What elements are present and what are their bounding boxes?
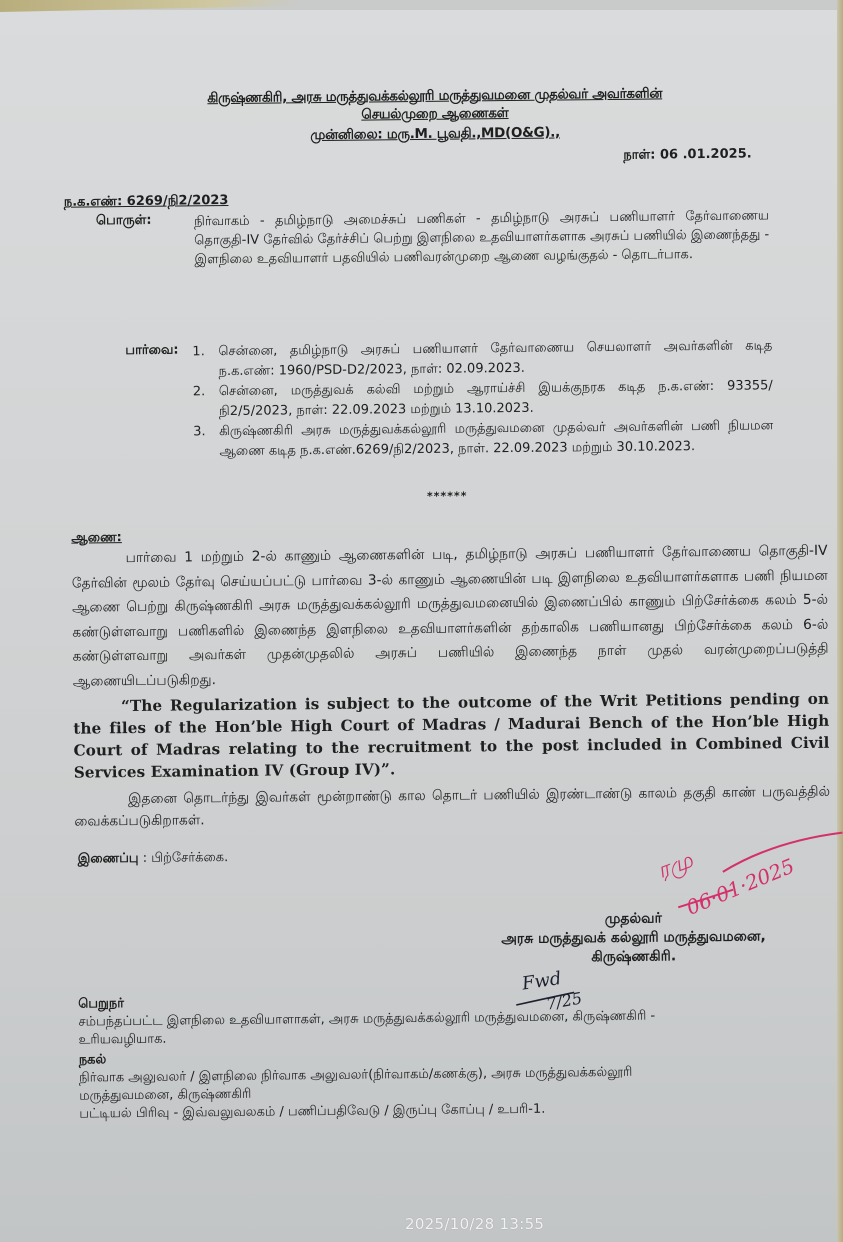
probation-paragraph: இதனை தொடர்ந்து இவர்கள் மூன்றாண்டு கால தொ…	[74, 781, 830, 833]
reference-item: 3. கிருஷ்ணகிரி அரசு மருத்துவக்கல்லூரி மர…	[193, 416, 773, 462]
order-label: ஆணை:	[71, 530, 122, 547]
writ-petition-clause: “The Regularization is subject to the ou…	[73, 688, 830, 784]
reference-number: ந.க.எண்: 6269/நி2/2023	[64, 193, 229, 211]
government-order-document: கிருஷ்ணகிரி, அரசு மருத்துவக்கல்லூரி மருத…	[0, 0, 843, 1242]
signatory-institution: அரசு மருத்துவக் கல்லூரி மருத்துவமனை,	[473, 927, 793, 949]
subject-text: நிர்வாகம் - தமிழ்நாடு அமைச்சுப் பணிகள் -…	[194, 206, 770, 269]
enclosure-label: இணைப்பு	[78, 851, 139, 867]
enclosure-text: : பிற்சேர்க்கை.	[143, 850, 229, 866]
subject-label: பொருள்:	[96, 213, 152, 230]
order-paragraph: பார்வை 1 மற்றும் 2-ல் காணும் ஆணைகளின் பட…	[71, 539, 828, 694]
signatory-place: கிருஷ்ணகிரி.	[474, 946, 794, 968]
header-line-2: செயல்முறை ஆணைகள்	[295, 104, 575, 125]
order-date: நாள்: 06 .01.2025.	[623, 147, 751, 164]
section-separator: ******	[427, 489, 468, 502]
copy-block: நகல் நிர்வாக அலுவலர் / இளநிலை நிர்வாக அல…	[79, 1044, 840, 1124]
references-list: 1. சென்னை, தமிழ்நாடு அரசுப் பணியாளர் தேர…	[192, 336, 773, 462]
header-presided-by: முன்னிலை: மரு.M. பூவதி.,MD(O&G).,	[255, 124, 615, 146]
signatory-block: முதல்வர் அரசு மருத்துவக் கல்லூரி மருத்து…	[473, 908, 794, 968]
enclosure: இணைப்பு : பிற்சேர்க்கை.	[78, 850, 229, 868]
reference-item: 2. சென்னை, மருத்துவக் கல்வி மற்றும் ஆராய…	[193, 376, 773, 422]
photo-timestamp: 2025/10/28 13:55	[405, 1215, 544, 1233]
recipient-block: பெறுநர் சம்பந்தப்பட்ட இளநிலை உதவியாளாகள்…	[78, 988, 839, 1050]
reference-item: 1. சென்னை, தமிழ்நாடு அரசுப் பணியாளர் தேர…	[192, 336, 772, 382]
references-label: பார்வை:	[125, 343, 178, 360]
